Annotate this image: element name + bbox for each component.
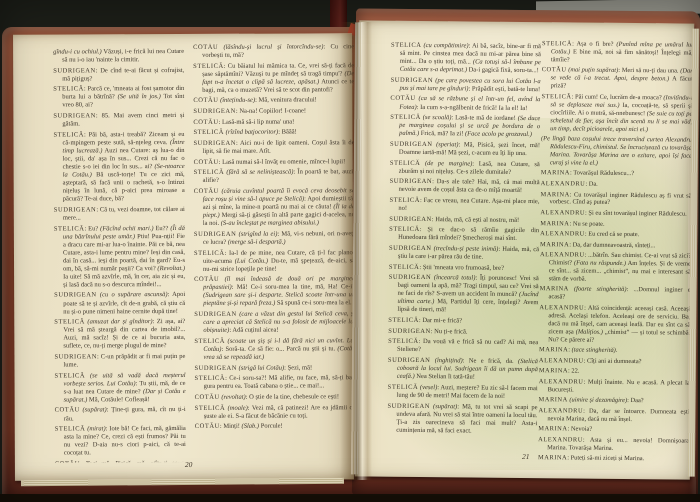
dialogue-line: MARINA: Cu tovarășul inginer Rădulescu a…	[540, 191, 691, 208]
speaker-name: MARINA	[540, 241, 569, 248]
speaker-name: SUDRIGEAN	[54, 206, 97, 213]
speaker-name: SUDRIGEAN	[53, 112, 96, 119]
speaker-name: SUDRIGEAN	[54, 292, 97, 299]
dialogue-line: STELICĂ (scoate un șiș și i-l dă fără ni…	[194, 337, 355, 362]
speaker-name: SUDRIGEAN	[54, 353, 97, 360]
speaker-name: STELICĂ	[389, 226, 420, 233]
dialogue-line: SUDRIGEAN: 85. Mai avem cinci metri și g…	[53, 112, 184, 129]
dialogue-line: COTĂU (ca să se răzbune și el într-un fe…	[390, 95, 540, 113]
speaker-name: SUDRIGEAN	[389, 245, 432, 252]
right-page-column-2: STELICĂ: Așa o fi bre? (Punînd mîna pe u…	[538, 40, 693, 461]
dialogue-line: MARINA: (tace stingherită).	[539, 346, 690, 355]
dialogue-line: ALEXANDRU: Mulți înainte. Nu e acasă. A …	[539, 378, 690, 395]
speaker-name: COTĂU	[193, 119, 218, 126]
dialogue-line: MARINA (foarte stingherită): ...Domnul i…	[540, 286, 691, 303]
dialogue-line: SUDRIGEAN: Da-s ale tale? Hai, mă, că ma…	[390, 178, 540, 196]
dialogue-line: ALEXANDRU: Da.	[541, 180, 692, 189]
speaker-name: STELICĂ	[541, 93, 571, 100]
speaker-name: STELICĂ	[388, 338, 419, 345]
speaker-name: STELICĂ	[390, 114, 421, 121]
speaker-name: COTĂU	[194, 276, 219, 283]
speaker-name: SUDRIGEAN	[391, 76, 434, 83]
speaker-name: MARINA	[541, 170, 570, 177]
speaker-name: COTĂU	[55, 407, 80, 414]
dialogue-line: STELICĂ: Ce-i soru-sa?! Mă alifie, nu fa…	[195, 374, 356, 391]
dialogue-line: ALEXANDRU: Și eu sînt tovarășul inginer …	[540, 209, 691, 218]
dialogue-line: SUDRIGEAN (încearcă totul): Îți porunces…	[388, 274, 538, 316]
dialogue-line: STELICĂ: Eu? (Făcînd ochii mari.) Eu?? (…	[54, 224, 185, 289]
dialogue-line: STELICĂ: Parcă ce, 'mneata ai fost șamot…	[53, 85, 184, 110]
speaker-name: SUDRIGEAN	[387, 402, 430, 409]
dialogue-line: MARINA: Nevoia?	[538, 425, 689, 434]
book-photograph: gîndu-i cu ochiul.) Văzuși, i-e frică lu…	[0, 0, 700, 502]
dialogue-line: STELICĂ: Fac ce vreau, nea Cutare. Așa-m…	[389, 197, 539, 215]
dialogue-line: MARINA: 22.	[539, 367, 690, 376]
dialogue-line: SUDRIGEAN (supărat): Mă, tu tot vrei să …	[387, 402, 537, 436]
dialogue-line: STELICĂ (mirat): Iote bă! Ce faci, mă, g…	[55, 425, 186, 458]
dialogue-line: SUDRIGEAN (speriat): Mă, Pisică, șezi în…	[390, 141, 540, 159]
dialogue-line: SUDRIGEAN (trecîndu-și peste inimă): Hai…	[389, 245, 539, 263]
speaker-name: STELICĂ	[389, 197, 420, 204]
dialogue-line: STELICĂ (rîzînd batjocoritor): Băăă!	[193, 129, 354, 138]
speaker-name: STELICĂ	[194, 249, 225, 256]
dialogue-line: SUDRIGEAN: Nu ți-e frică.	[388, 327, 538, 336]
speaker-name: COTĂU	[195, 394, 220, 401]
page-number-left: 20	[185, 460, 193, 469]
speaker-name: SUDRIGEAN	[194, 231, 237, 238]
dialogue-line: MARINA (uimire și dezamăgire): Daa?	[539, 396, 690, 405]
speaker-name: SUDRIGEAN	[389, 274, 432, 281]
dialogue-line: SUDRIGEAN (care a văzut din gestul lui S…	[194, 310, 355, 335]
dialogue-line: SUDRIGEAN: Că tu, vezi doamne, tot călar…	[54, 206, 185, 223]
speaker-name: SUDRIGEAN	[193, 108, 236, 115]
speaker-name: STELICĂ	[194, 169, 225, 176]
speaker-name: STELICĂ	[53, 131, 84, 138]
speaker-name: ALEXANDRU	[538, 436, 583, 443]
dialogue-line: SUDRIGEAN: De cînd te-ai făcut și cofraj…	[53, 67, 184, 84]
dialogue-line: STELICĂ (se scoală): Lasă-te mă de iorda…	[390, 114, 540, 140]
dialogue-line: STELICĂ: Așa o fi bre? (Punînd mîna pe u…	[542, 40, 693, 65]
dialogue-line: SUDRIGEAN (strigă lui Cotău): Șezi, mă!	[194, 364, 355, 373]
speaker-name: STELICĂ	[194, 338, 225, 345]
right-page-column-1: STELICĂ (cu compătimire): Ai bă, sacîz, …	[387, 42, 541, 457]
speaker-name: STELICĂ	[195, 404, 226, 411]
dialogue-line: ALEXANDRU: ...bătrîn. Sau chimist. Ce-ai…	[540, 251, 691, 284]
dialogue-line: SUDRIGEAN (strigînd la ei): Mă, vi-s neb…	[194, 230, 355, 247]
left-page: gîndu-i cu ochiul.) Văzuși, i-e frică lu…	[13, 33, 354, 480]
speaker-name: STELICĂ	[55, 372, 86, 379]
speaker-name: ALEXANDRU	[540, 209, 585, 216]
stage-direction: gîndu-i cu ochiul.) Văzuși, i-e frică lu…	[53, 48, 184, 65]
speaker-name: COTĂU	[194, 159, 219, 166]
speaker-name: ALEXANDRU	[538, 407, 583, 414]
dialogue-line: ALEXANDRU: Altă coincidență: aceeași cas…	[539, 304, 690, 345]
speaker-name: SUDRIGEAN	[390, 141, 433, 148]
dialogue-line: STELICĂ: Păi cum! Ce, lucrăm de-a moaca?…	[541, 93, 692, 134]
dialogue-line: SUDRIGEAN: Na-na! Copiilor! I-coane!	[193, 107, 354, 116]
dialogue-line: STELICĂ (amuzat dar și gînditor): Zi așa…	[54, 318, 185, 351]
speaker-name: STELICĂ	[53, 86, 84, 93]
dialogue-line: SUDRIGEAN (înghițind): Ne e frică, da. (…	[388, 357, 538, 383]
dialogue-line: ALEXANDRU: Da, dar se întoarce. Dumneata…	[538, 407, 689, 424]
speaker-name: STELICĂ	[389, 263, 420, 270]
speaker-name: STELICĂ	[391, 42, 422, 49]
dialogue-line: COTĂU (căruia cuvîntul poartă îi evocă c…	[194, 187, 355, 228]
dialogue-line: STELICĂ (moale): Vezi mă, că patinezi! A…	[195, 404, 356, 421]
dialogue-line: COTĂU (supărat): Ține-ți gura, mă, cît n…	[55, 406, 186, 423]
left-page-column-2: COTĂU (lăsîndu-și lucrul și întorcîndu-s…	[193, 43, 356, 462]
dialogue-line: MARINA: Tovarășul Rădulescu...?	[541, 170, 692, 179]
dialogue-line: STELICĂ (cu compătimire): Ai bă, sacîz, …	[391, 42, 541, 76]
speaker-name: SUDRIGEAN	[53, 67, 96, 74]
dialogue-line: COTĂU (întețindu-se): Mă, venitura dracu…	[193, 97, 354, 106]
dialogue-line: SUDRIGEAN: Aici nu-i de lipit oameni. Co…	[193, 139, 354, 156]
speaker-name: COTĂU	[55, 460, 80, 462]
dialogue-line: COTĂU: Minți! (Slab.) Porcule!	[195, 422, 356, 431]
dialogue-line: SUDRIGEAN (pe care povestea cu sora lui …	[391, 76, 541, 94]
speaker-name: STELICĂ	[193, 129, 224, 136]
speaker-name: SUDRIGEAN	[388, 327, 431, 334]
speaker-name: ALEXANDRU	[539, 304, 584, 311]
speaker-name: STELICĂ	[54, 319, 85, 326]
dialogue-line: ALEXANDRU: Asta și eu... nevoia! Domnișo…	[538, 436, 689, 453]
speaker-name: STELICĂ	[542, 40, 572, 47]
speaker-name: MARINA	[539, 367, 568, 374]
dialogue-line: COTĂU (revoltat): O știe de la tine, che…	[195, 393, 356, 402]
dialogue-line: COTĂU (mai puțin supărat): Meri să nu-ți…	[542, 67, 693, 92]
speaker-name: STELICĂ	[388, 384, 419, 391]
dialogue-line: STELICĂ: Păi bă, asta-i treabă? Ziceam ș…	[53, 131, 184, 204]
speaker-name: COTĂU	[193, 44, 218, 51]
speaker-name: COTĂU	[195, 423, 220, 430]
speaker-name: ALEXANDRU	[539, 357, 584, 364]
speaker-name: STELICĂ	[55, 426, 86, 433]
dialogue-line: COTĂU: Lasă-mă să-i lip numa' una!	[193, 118, 354, 127]
dialogue-line: COTĂU: Lasă numai să-l învăț eu omenie, …	[194, 158, 355, 167]
speaker-name: COTĂU	[542, 67, 567, 74]
dialogue-line: STELICĂ (se uită să vadă dacă meșterul v…	[55, 372, 186, 405]
speaker-name: STELICĂ	[388, 317, 419, 324]
bottom-shadow	[0, 494, 700, 502]
speaker-name: MARINA	[538, 454, 567, 461]
speaker-name: SUDRIGEAN	[194, 364, 237, 371]
speaker-name: STELICĂ	[390, 159, 421, 166]
dialogue-line: STELICĂ: Cu băiatul lui mămica ta. Ce, v…	[193, 62, 354, 95]
speaker-name: ALEXANDRU	[540, 251, 585, 258]
dialogue-line: MARINA: Puteți să-mi ziceți și Marina.	[538, 454, 689, 461]
speaker-name: SUDRIGEAN	[390, 178, 433, 185]
speaker-name: SUDRIGEAN	[389, 215, 432, 222]
speaker-name: SUDRIGEAN	[193, 140, 236, 147]
dialogue-line: SUDRIGEAN: C-un prăpădit ar fi mai puțin…	[54, 353, 185, 370]
speaker-name: COTĂU	[193, 97, 218, 104]
dialogue-line: STELICĂ: Dar mi-e frică?	[388, 317, 538, 326]
dialogue-line: COTĂU (lăsîndu-și lucrul și întorcîndu-s…	[193, 43, 354, 60]
speaker-name: ALEXANDRU	[541, 180, 586, 187]
dialogue-line: STELICĂ: Știi 'mneata vro frumoasă, bre?	[389, 263, 539, 272]
speaker-name: STELICĂ	[54, 225, 85, 232]
right-page: STELICĂ (cu compătimire): Ai bă, sacîz, …	[355, 20, 694, 479]
speaker-name: MARINA	[539, 346, 568, 353]
stage-direction: (Pe lîngă baza coșului trece traversînd …	[541, 135, 692, 168]
speaker-name: MARINA	[538, 425, 567, 432]
dialogue-line: COTĂU (îl mai îndeasă de două ori pe mar…	[194, 276, 355, 309]
left-page-column-1: gîndu-i cu ochiul.) Văzuși, i-e frică lu…	[53, 48, 186, 463]
dialogue-line: MARINA: Nu se poate.	[540, 220, 691, 229]
speaker-name: MARINA	[540, 220, 569, 227]
speaker-name: COTĂU	[194, 188, 219, 195]
dialogue-line: SUDRIGEAN: Haida, mă, că ești al nostru,…	[389, 215, 539, 224]
dialogue-line: SUDRIGEAN (cu o supărare ascunsă): Apoi …	[54, 291, 185, 316]
dialogue-line: STELICĂ (vesel): Auzi, meștere? Eu zic s…	[388, 384, 538, 402]
speaker-name: SUDRIGEAN	[194, 311, 237, 318]
dialogue-line: COTĂU: Taci mă, Pisică, mă, atîta-ți spu…	[55, 460, 186, 463]
page-number-right: 21	[522, 452, 530, 461]
speaker-name: MARINA	[539, 396, 568, 403]
speaker-name: ALEXANDRU	[539, 378, 584, 385]
dialogue-line: STELICĂ (de pe margine): Lasă, nea Cutar…	[390, 159, 540, 177]
dialogue-line: ALEXANDRU: Cîți ani ai dumneata?	[539, 357, 690, 366]
dialogue-line: STELICĂ (fără să se neliniștească): În p…	[194, 169, 355, 186]
speaker-name: STELICĂ	[193, 63, 224, 70]
dialogue-line: STELICĂ: Ia-l de pe mine, nea Cutare, că…	[194, 249, 355, 274]
dialogue-line: MARINA: Da, dar dumneavoastră, sînteți..…	[540, 241, 691, 250]
speaker-name: MARINA	[541, 191, 570, 198]
speaker-name: STELICĂ	[195, 375, 226, 382]
speaker-name: COTĂU	[390, 95, 415, 102]
speaker-name: SUDRIGEAN	[388, 357, 431, 364]
dialogue-line: STELICĂ: Și ce dac-o să rămîie gagicile …	[389, 226, 539, 244]
speaker-name: MARINA	[540, 286, 569, 293]
dialogue-line: ALEXANDRU: Eu cred că se poate.	[540, 230, 691, 239]
dialogue-line: STELICĂ: Da vouă vă e frică să nu cad? A…	[388, 338, 538, 356]
speaker-name: ALEXANDRU	[540, 230, 585, 237]
